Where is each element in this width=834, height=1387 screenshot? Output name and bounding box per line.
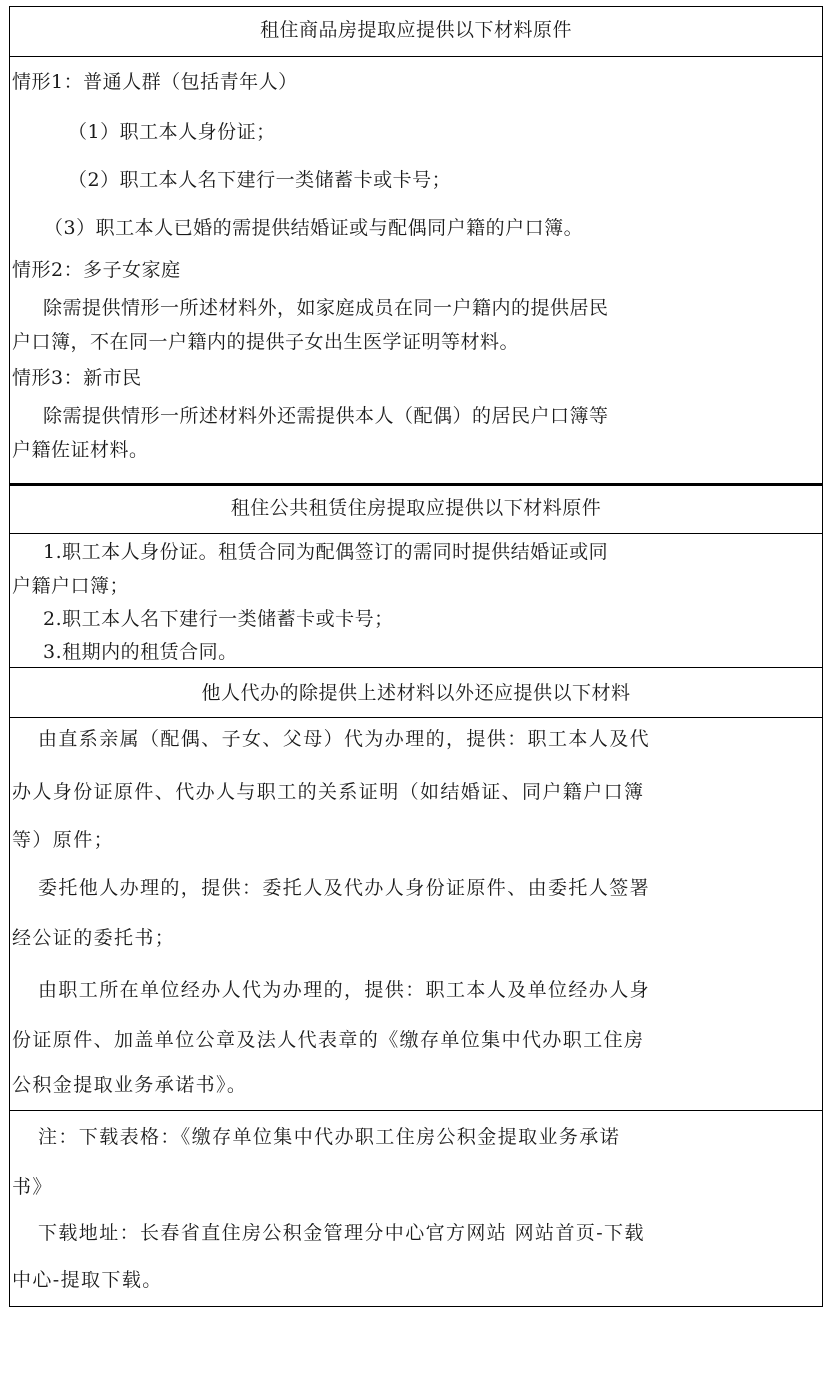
proxy-delegate-line-2: 经公证的委托书；: [12, 929, 175, 948]
case-1-item-3: （3）职工本人已婚的需提供结婚证或与配偶同户籍的户口簿。: [44, 219, 583, 238]
public-rental-item-2: 2.职工本人名下建行一类储蓄卡或卡号；: [43, 610, 394, 629]
section-divider: [10, 483, 822, 486]
case-2-desc-line-2: 户口簿，不在同一户籍内的提供子女出生医学证明等材料。: [12, 333, 519, 352]
proxy-relatives-line-1: 由直系亲属（配偶、子女、父母）代为办理的，提供：职工本人及代: [38, 730, 650, 749]
case-1-title: 情形1：普通人群（包括青年人）: [12, 73, 298, 92]
case-1-item-1: （1）职工本人身份证；: [68, 123, 276, 142]
note-download-form-line-1: 注：下载表格：《缴存单位集中代办职工住房公积金提取业务承诺: [38, 1128, 620, 1147]
proxy-relatives-line-3: 等）原件；: [12, 831, 114, 850]
section-header-commercial-rental: 租住商品房提取应提供以下材料原件: [10, 21, 822, 40]
note-download-address-line-1: 下载地址：长春省直住房公积金管理分中心官方网站 网站首页-下载: [38, 1224, 645, 1243]
case-2-title: 情形2：多子女家庭: [12, 261, 181, 280]
row-divider: [10, 56, 822, 57]
row-divider: [10, 533, 822, 534]
materials-table: 租住商品房提取应提供以下材料原件 情形1：普通人群（包括青年人） （1）职工本人…: [9, 6, 823, 1307]
case-3-desc-line-2: 户籍佐证材料。: [12, 441, 149, 460]
row-divider: [10, 717, 822, 718]
note-download-address-line-2: 中心-提取下载。: [12, 1271, 163, 1290]
section-header-proxy: 他人代办的除提供上述材料以外还应提供以下材料: [10, 684, 822, 703]
case-3-title: 情形3：新市民: [12, 369, 142, 388]
case-2-desc-line-1: 除需提供情形一所述材料外，如家庭成员在同一户籍内的提供居民: [43, 299, 609, 318]
public-rental-item-1-line-2: 户籍户口簿；: [12, 577, 129, 596]
proxy-relatives-line-2: 办人身份证原件、代办人与职工的关系证明（如结婚证、同户籍户口簿: [12, 783, 644, 802]
public-rental-item-3: 3.租期内的租赁合同。: [43, 643, 238, 662]
proxy-employer-line-3: 公积金提取业务承诺书》。: [12, 1076, 247, 1095]
case-3-desc-line-1: 除需提供情形一所述材料外还需提供本人（配偶）的居民户口簿等: [43, 407, 609, 426]
proxy-employer-line-2: 份证原件、加盖单位公章及法人代表章的《缴存单位集中代办职工住房: [12, 1031, 644, 1050]
case-1-item-2: （2）职工本人名下建行一类储蓄卡或卡号；: [68, 171, 451, 190]
section-header-public-rental: 租住公共租赁住房提取应提供以下材料原件: [10, 499, 822, 518]
row-divider: [10, 1110, 822, 1111]
note-download-form-line-2: 书》: [12, 1178, 53, 1197]
proxy-employer-line-1: 由职工所在单位经办人代为办理的，提供：职工本人及单位经办人身: [38, 981, 650, 1000]
row-divider: [10, 667, 822, 668]
public-rental-item-1-line-1: 1.职工本人身份证。租赁合同为配偶签订的需同时提供结婚证或同: [43, 543, 608, 562]
proxy-delegate-line-1: 委托他人办理的，提供：委托人及代办人身份证原件、由委托人签署: [38, 879, 650, 898]
